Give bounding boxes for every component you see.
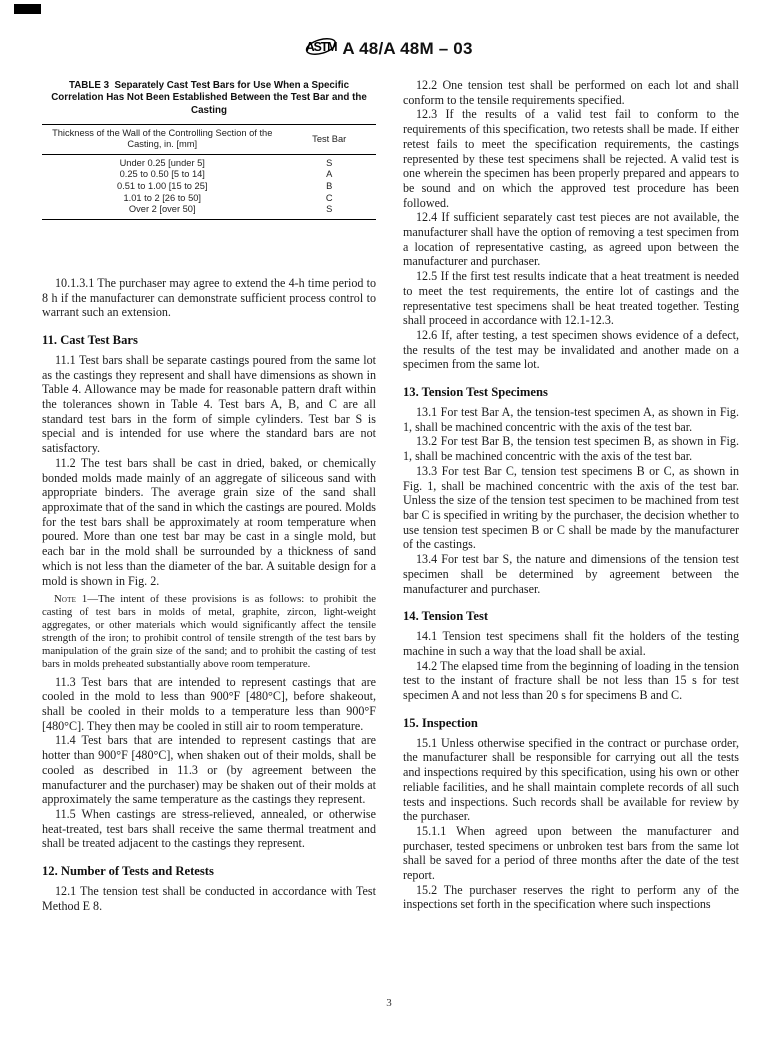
para-12-5: 12.5 If the first test results indicate … <box>403 269 739 328</box>
column-gap <box>42 220 376 276</box>
cell-test-bar: B <box>282 181 376 193</box>
cell-thickness: 0.25 to 0.50 [5 to 14] <box>42 169 282 181</box>
para-14-2: 14.2 The elapsed time from the beginning… <box>403 659 739 703</box>
para-10-1-3-1: 10.1.3.1 The purchaser may agree to exte… <box>42 276 376 320</box>
table-row: 1.01 to 2 [26 to 50] C <box>42 193 376 205</box>
note-1-label: Note 1 <box>54 593 87 605</box>
cell-test-bar: C <box>282 193 376 205</box>
para-15-1-1: 15.1.1 When agreed upon between the manu… <box>403 824 739 883</box>
note-1: Note 1—The intent of these provisions is… <box>42 593 376 670</box>
table-3-caption: TABLE 3 Separately Cast Test Bars for Us… <box>48 80 370 117</box>
spec-designation-title: A 48/A 48M – 03 <box>342 39 472 59</box>
column-header-test-bar: Test Bar <box>282 124 376 154</box>
cell-test-bar: S <box>282 204 376 219</box>
cell-thickness: 0.51 to 1.00 [15 to 25] <box>42 181 282 193</box>
para-15-2: 15.2 The purchaser reserves the right to… <box>403 883 739 912</box>
column-header-thickness: Thickness of the Wall of the Controlling… <box>42 124 282 154</box>
scan-artifact-mark <box>14 4 41 14</box>
page-number: 3 <box>0 997 778 1009</box>
para-15-1: 15.1 Unless otherwise specified in the c… <box>403 736 739 824</box>
section-heading-11: 11. Cast Test Bars <box>42 333 376 348</box>
para-12-1: 12.1 The tension test shall be conducted… <box>42 884 376 913</box>
right-column: 12.2 One tension test shall be performed… <box>403 78 739 912</box>
svg-text:ASTM: ASTM <box>306 40 337 54</box>
para-11-5: 11.5 When castings are stress-relieved, … <box>42 807 376 851</box>
table-3-label: TABLE 3 <box>69 80 109 91</box>
table-3: TABLE 3 Separately Cast Test Bars for Us… <box>42 80 376 220</box>
section-heading-12: 12. Number of Tests and Retests <box>42 864 376 879</box>
para-11-3: 11.3 Test bars that are intended to repr… <box>42 675 376 734</box>
table-row: 0.51 to 1.00 [15 to 25] B <box>42 181 376 193</box>
para-11-4: 11.4 Test bars that are intended to repr… <box>42 733 376 807</box>
cell-test-bar: A <box>282 169 376 181</box>
para-14-1: 14.1 Tension test specimens shall fit th… <box>403 629 739 658</box>
table-row: Over 2 [over 50] S <box>42 204 376 219</box>
document-page: ASTM A 48/A 48M – 03 TABLE 3 Separately … <box>0 0 778 1041</box>
left-column: TABLE 3 Separately Cast Test Bars for Us… <box>42 78 376 914</box>
para-12-2: 12.2 One tension test shall be performed… <box>403 78 739 107</box>
table-3-grid: Thickness of the Wall of the Controlling… <box>42 124 376 220</box>
para-13-2: 13.2 For test Bar B, the tension test sp… <box>403 434 739 463</box>
astm-logo-icon: ASTM <box>305 34 337 64</box>
document-header: ASTM A 48/A 48M – 03 <box>0 34 778 64</box>
section-heading-13: 13. Tension Test Specimens <box>403 385 739 400</box>
para-12-3: 12.3 If the results of a valid test fail… <box>403 107 739 210</box>
para-13-3: 13.3 For test Bar C, tension test specim… <box>403 464 739 552</box>
cell-thickness: Over 2 [over 50] <box>42 204 282 219</box>
note-1-text: —The intent of these provisions is as fo… <box>42 593 376 670</box>
para-12-4: 12.4 If sufficient separately cast test … <box>403 210 739 269</box>
para-11-1: 11.1 Test bars shall be separate casting… <box>42 353 376 456</box>
para-13-1: 13.1 For test Bar A, the tension-test sp… <box>403 405 739 434</box>
cell-thickness: Under 0.25 [under 5] <box>42 154 282 169</box>
cell-test-bar: S <box>282 154 376 169</box>
cell-thickness: 1.01 to 2 [26 to 50] <box>42 193 282 205</box>
table-row: Under 0.25 [under 5] S <box>42 154 376 169</box>
para-12-6: 12.6 If, after testing, a test specimen … <box>403 328 739 372</box>
section-heading-14: 14. Tension Test <box>403 609 739 624</box>
table-row: 0.25 to 0.50 [5 to 14] A <box>42 169 376 181</box>
para-13-4: 13.4 For test bar S, the nature and dime… <box>403 552 739 596</box>
section-heading-15: 15. Inspection <box>403 716 739 731</box>
para-11-2: 11.2 The test bars shall be cast in drie… <box>42 456 376 588</box>
